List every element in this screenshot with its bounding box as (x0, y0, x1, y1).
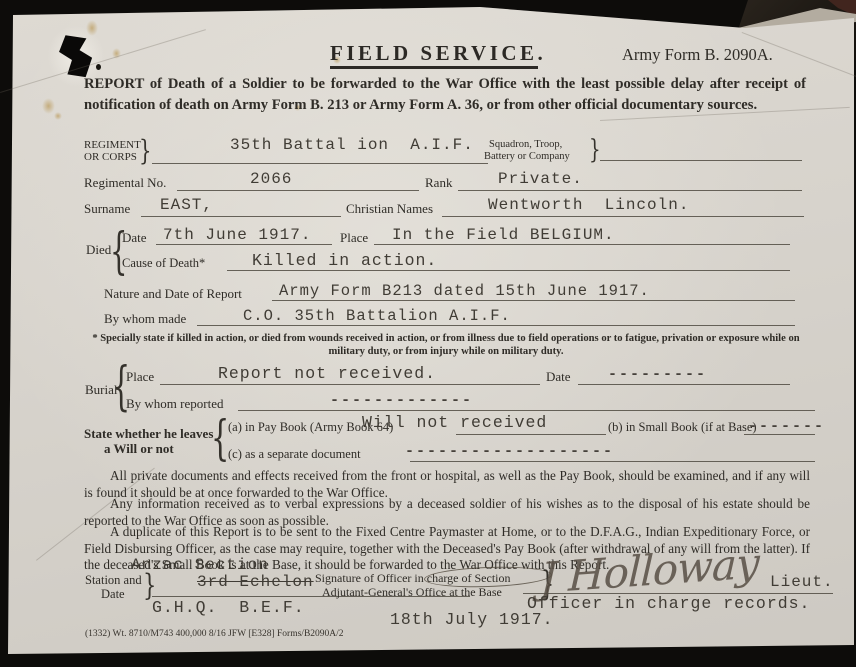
rank-line (458, 190, 802, 191)
burial-date-line (578, 384, 790, 385)
regiment-line (152, 163, 488, 164)
form-number: Army Form B. 2090A. (622, 45, 773, 65)
burial-reported-label: By whom reported (126, 397, 223, 411)
regimental-no-label: Regimental No. (84, 176, 166, 190)
burial-place-label: Place (126, 370, 154, 384)
footnote: * Specially state if killed in action, o… (82, 333, 810, 358)
died-place-line (374, 244, 790, 245)
died-place-value: In the Field BELGIUM. (392, 227, 615, 245)
signature-rank: Lieut. (770, 574, 834, 592)
will-c-line (410, 461, 815, 462)
stain (54, 112, 62, 120)
surname-label: Surname (84, 202, 130, 216)
will-a-value: Will not received (362, 414, 547, 432)
by-whom-made-label: By whom made (104, 312, 186, 326)
christian-names-line (442, 216, 804, 217)
printer-imprint: (1332) Wt. 8710/M743 400,000 8/16 JFW [E… (85, 629, 344, 639)
regiment-brace: } (139, 137, 151, 165)
scanned-form-page: FIELD SERVICE. Army Form B. 2090A. REPOR… (0, 0, 856, 667)
died-date-value: 7th June 1917. (163, 227, 311, 245)
squadron-line (600, 160, 802, 161)
will-brace: { (211, 414, 229, 462)
regiment-label-line1: REGIMENT (84, 139, 141, 151)
report-nature-line (272, 300, 795, 301)
signature-title: Officer in charge records. (527, 595, 810, 613)
will-a-line (456, 434, 606, 435)
regimental-no-value: 2066 (250, 171, 292, 189)
signed-date: 18th July 1917. (390, 611, 554, 629)
by-whom-made-value: C.O. 35th Battalion A.I.F. (243, 308, 511, 325)
will-b-line (744, 434, 815, 435)
stain (86, 20, 98, 36)
cause-of-death-label: Cause of Death* (122, 257, 205, 271)
station-value-line2: 3rd Echelon (197, 574, 314, 592)
will-c-value: ------------------- (405, 444, 614, 461)
squadron-brace: } (589, 137, 601, 163)
cause-of-death-value: Killed in action. (252, 252, 437, 270)
burial-place-value: Report not received. (218, 365, 436, 383)
rank-label: Rank (425, 176, 452, 190)
died-label: Died (86, 243, 111, 257)
signature-label-pre: Signature of Officer in (315, 571, 427, 585)
burial-date-value: --------- (608, 367, 707, 384)
christian-names-label: Christian Names (346, 202, 433, 216)
by-whom-made-line (197, 325, 795, 326)
died-date-label: Date (122, 231, 147, 245)
squadron-label-line2: Battery or Company (484, 151, 570, 163)
squadron-label-line1: Squadron, Troop, (489, 139, 562, 151)
died-place-label: Place (340, 231, 368, 245)
burial-date-label: Date (546, 370, 571, 384)
rank-value: Private. (498, 171, 583, 189)
station-label-line1: Station and (85, 574, 142, 588)
stain (42, 98, 55, 114)
regiment-value: 35th Battal ion A.I.F. (230, 137, 474, 155)
station-value-line3: G.H.Q. B.E.F. (152, 599, 305, 617)
signature-label-line2: Adjutant-General's Office at the Base (322, 586, 502, 599)
christian-names-value: Wentworth Lincoln. (488, 197, 689, 215)
regiment-label-line2: OR CORPS (84, 151, 137, 163)
cause-of-death-line (227, 270, 790, 271)
will-label-line1: State whether he leaves (84, 427, 213, 441)
will-label-line2: a Will or not (104, 442, 174, 456)
will-b-label: (b) in Small Book (if at Base) (608, 421, 757, 435)
report-instructions: REPORT of Death of a Soldier to be forwa… (84, 74, 806, 115)
will-c-label: (c) as a separate document (228, 448, 361, 462)
form-title: FIELD SERVICE. (330, 41, 546, 66)
surname-line (141, 216, 341, 217)
form-title-underline (330, 66, 538, 69)
report-nature-label: Nature and Date of Report (104, 287, 242, 301)
regimental-no-line (177, 190, 419, 191)
burial-reported-line (238, 410, 815, 411)
burial-place-line (160, 384, 540, 385)
ink-speck (96, 64, 101, 70)
died-date-line (156, 244, 332, 245)
burial-reported-value: ------------- (330, 393, 473, 410)
station-label-line2: Date (101, 588, 125, 602)
report-nature-value: Army Form B213 dated 15th June 1917. (279, 283, 650, 300)
surname-value: EAST, (160, 197, 213, 215)
